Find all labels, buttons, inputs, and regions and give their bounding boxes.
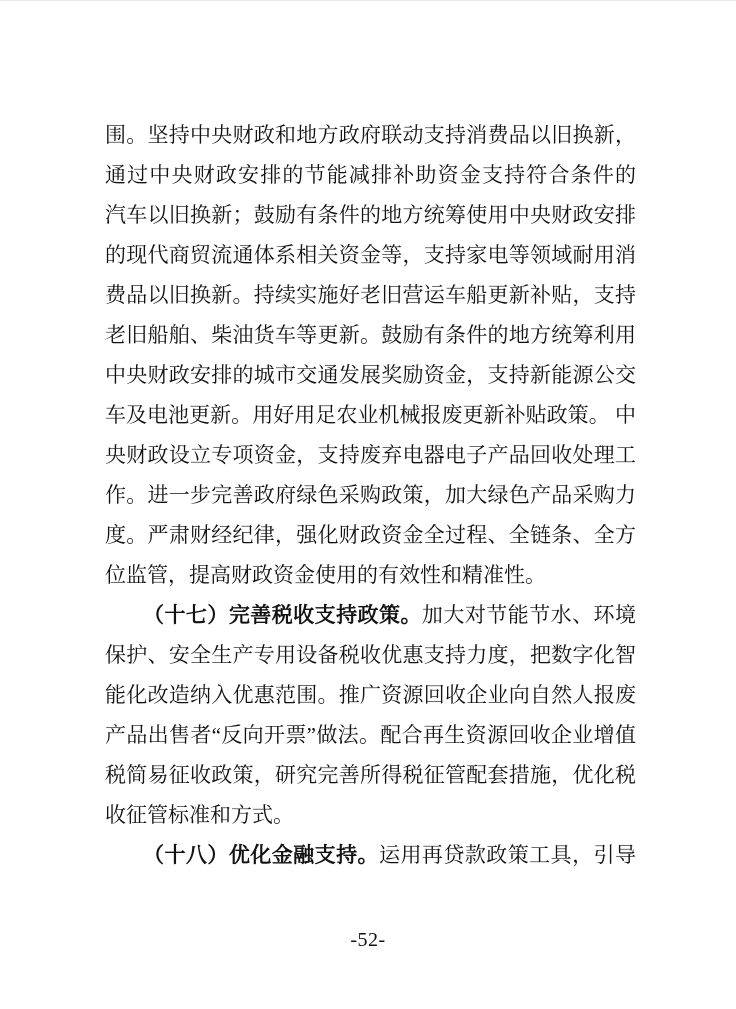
text-line: 老旧船舶、柴油货车等更新。鼓励有条件的地方统筹利用 xyxy=(105,315,636,355)
text-line: 作。进一步完善政府绿色采购政策，加大绿色产品采购力 xyxy=(105,475,636,515)
text-line-section-18: （十八）优化金融支持。运用再贷款政策工具，引导 xyxy=(105,835,636,875)
text-line: 汽车以旧换新；鼓励有条件的地方统筹使用中央财政安排 xyxy=(105,195,636,235)
section-17-heading: （十七）完善税收支持政策。 xyxy=(143,603,422,627)
document-body: 围。坚持中央财政和地方政府联动支持消费品以旧换新， 通过中央财政安排的节能减排补… xyxy=(105,115,636,875)
section-18-heading: （十八）优化金融支持。 xyxy=(143,843,379,867)
text-line: 能化改造纳入优惠范围。推广资源回收企业向自然人报废 xyxy=(105,675,636,715)
text-line: 中央财政安排的城市交通发展奖励资金，支持新能源公交 xyxy=(105,355,636,395)
text-line-paragraph-end: 收征管标准和方式。 xyxy=(105,795,636,835)
text-line: 保护、安全生产专用设备税收优惠支持力度，把数字化智 xyxy=(105,635,636,675)
text-run: 加大对节能节水、环境 xyxy=(422,603,636,627)
text-line: 费品以旧换新。持续实施好老旧营运车船更新补贴，支持 xyxy=(105,275,636,315)
text-line: 通过中央财政安排的节能减排补助资金支持符合条件的 xyxy=(105,155,636,195)
page-top-edge-line xyxy=(0,0,736,1)
text-line: 央财政设立专项资金，支持废弃电器电子产品回收处理工 xyxy=(105,435,636,475)
text-line: 产品出售者“反向开票”做法。配合再生资源回收企业增值 xyxy=(105,715,636,755)
document-page: 围。坚持中央财政和地方政府联动支持消费品以旧换新， 通过中央财政安排的节能减排补… xyxy=(0,0,736,1009)
text-line: 度。严肃财经纪律，强化财政资金全过程、全链条、全方 xyxy=(105,515,636,555)
page-number: -52- xyxy=(0,925,736,955)
text-run: 运用再贷款政策工具，引导 xyxy=(379,843,636,867)
text-line-paragraph-end: 位监管，提高财政资金使用的有效性和精准性。 xyxy=(105,555,636,595)
text-line: 的现代商贸流通体系相关资金等，支持家电等领域耐用消 xyxy=(105,235,636,275)
text-line: 车及电池更新。用好用足农业机械报废更新补贴政策。 中 xyxy=(105,395,636,435)
text-line-section-17: （十七）完善税收支持政策。加大对节能节水、环境 xyxy=(105,595,636,635)
text-line: 税简易征收政策，研究完善所得税征管配套措施，优化税 xyxy=(105,755,636,795)
text-line: 围。坚持中央财政和地方政府联动支持消费品以旧换新， xyxy=(105,115,636,155)
